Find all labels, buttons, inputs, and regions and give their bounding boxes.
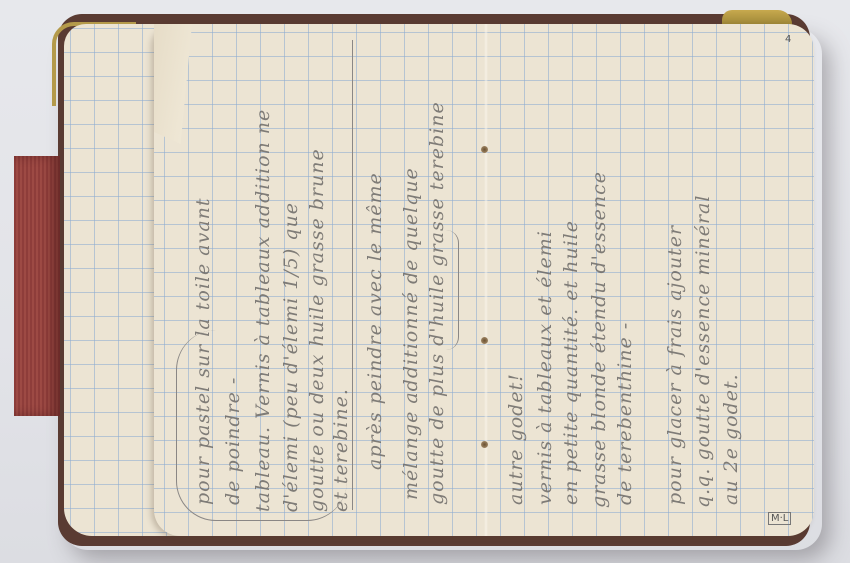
page-number: 4 (785, 34, 791, 45)
binding-hole (481, 337, 488, 344)
handwritten-line: vernis à tableaux et élemi (534, 230, 556, 505)
bracket-mark (176, 330, 347, 521)
handwritten-line: mélange additionné de quelque (400, 167, 422, 500)
library-stamp: M·L (768, 512, 791, 525)
binding-hole (481, 146, 488, 153)
binding-hole (481, 441, 488, 448)
handwritten-line: autre godet! (505, 373, 527, 505)
brace-mark (446, 230, 459, 350)
bookmark-ribbon (14, 156, 60, 416)
handwritten-line: en petite quantité. et huile (560, 220, 582, 505)
handwritten-line: goutte de plus d'huile grasse terebine (426, 101, 448, 505)
margin-line (352, 40, 363, 510)
handwritten-line: après peindre avec le même (364, 172, 386, 470)
handwritten-line: au 2e godet. (720, 373, 742, 505)
handwritten-line: q.q. goutte d'essence minéral (692, 195, 714, 508)
handwritten-line: pour glacer à frais ajouter (664, 225, 686, 505)
handwritten-line: de terebenthine - (614, 322, 636, 505)
page-fold (484, 24, 488, 536)
handwritten-line: grasse blonde étendu d'essence (588, 171, 610, 508)
